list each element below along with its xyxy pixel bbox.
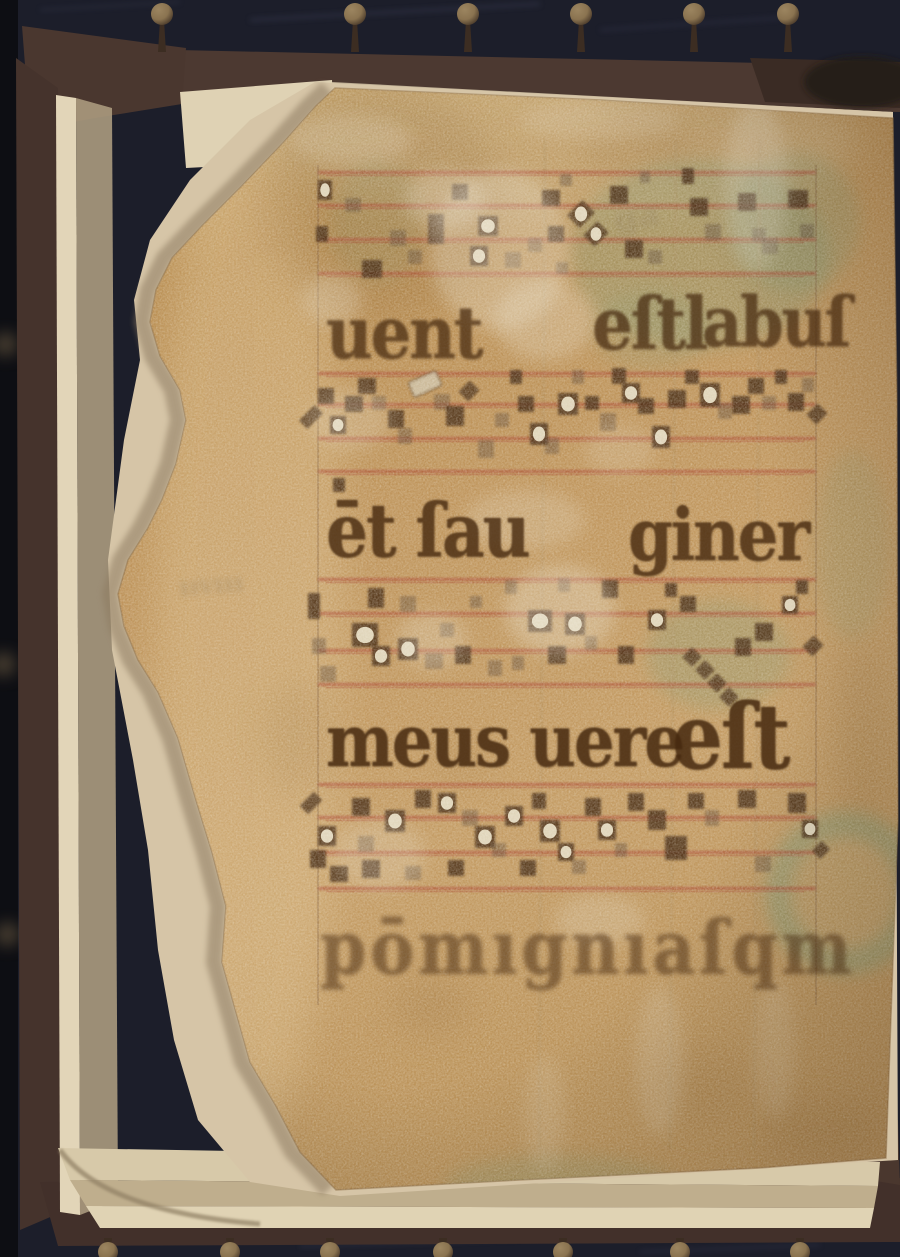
brass-boss-top bbox=[570, 3, 592, 25]
brass-boss-top bbox=[683, 3, 705, 25]
chant-text-line-4: pōmıgnıaſqm bbox=[320, 904, 855, 991]
chant-text-line-3: eſt bbox=[672, 684, 788, 789]
chant-text-line-2: giner bbox=[628, 494, 808, 578]
cover-left-band bbox=[16, 58, 62, 1230]
manuscript-photo-scene: Photograph of a medieval antiphonal manu… bbox=[0, 0, 900, 1257]
page-edge-cream bbox=[56, 95, 80, 1215]
brass-boss-top bbox=[457, 3, 479, 25]
chant-text-line-2: ēt ſau bbox=[326, 487, 529, 574]
brass-boss-top bbox=[151, 3, 173, 25]
left-shadow-band bbox=[0, 0, 18, 1257]
brass-boss-top bbox=[344, 3, 366, 25]
brass-boss-top bbox=[777, 3, 799, 25]
chant-text-line-3: meus uere bbox=[326, 700, 683, 784]
chant-text-line-1: uent bbox=[326, 292, 481, 376]
chant-text-line-1: abuſ bbox=[702, 281, 849, 363]
chant-text-line-1: eſtl bbox=[592, 283, 706, 367]
manuscript-photo: gaııvııı bbox=[0, 0, 900, 1257]
page-edge-rolled bbox=[76, 98, 118, 1215]
